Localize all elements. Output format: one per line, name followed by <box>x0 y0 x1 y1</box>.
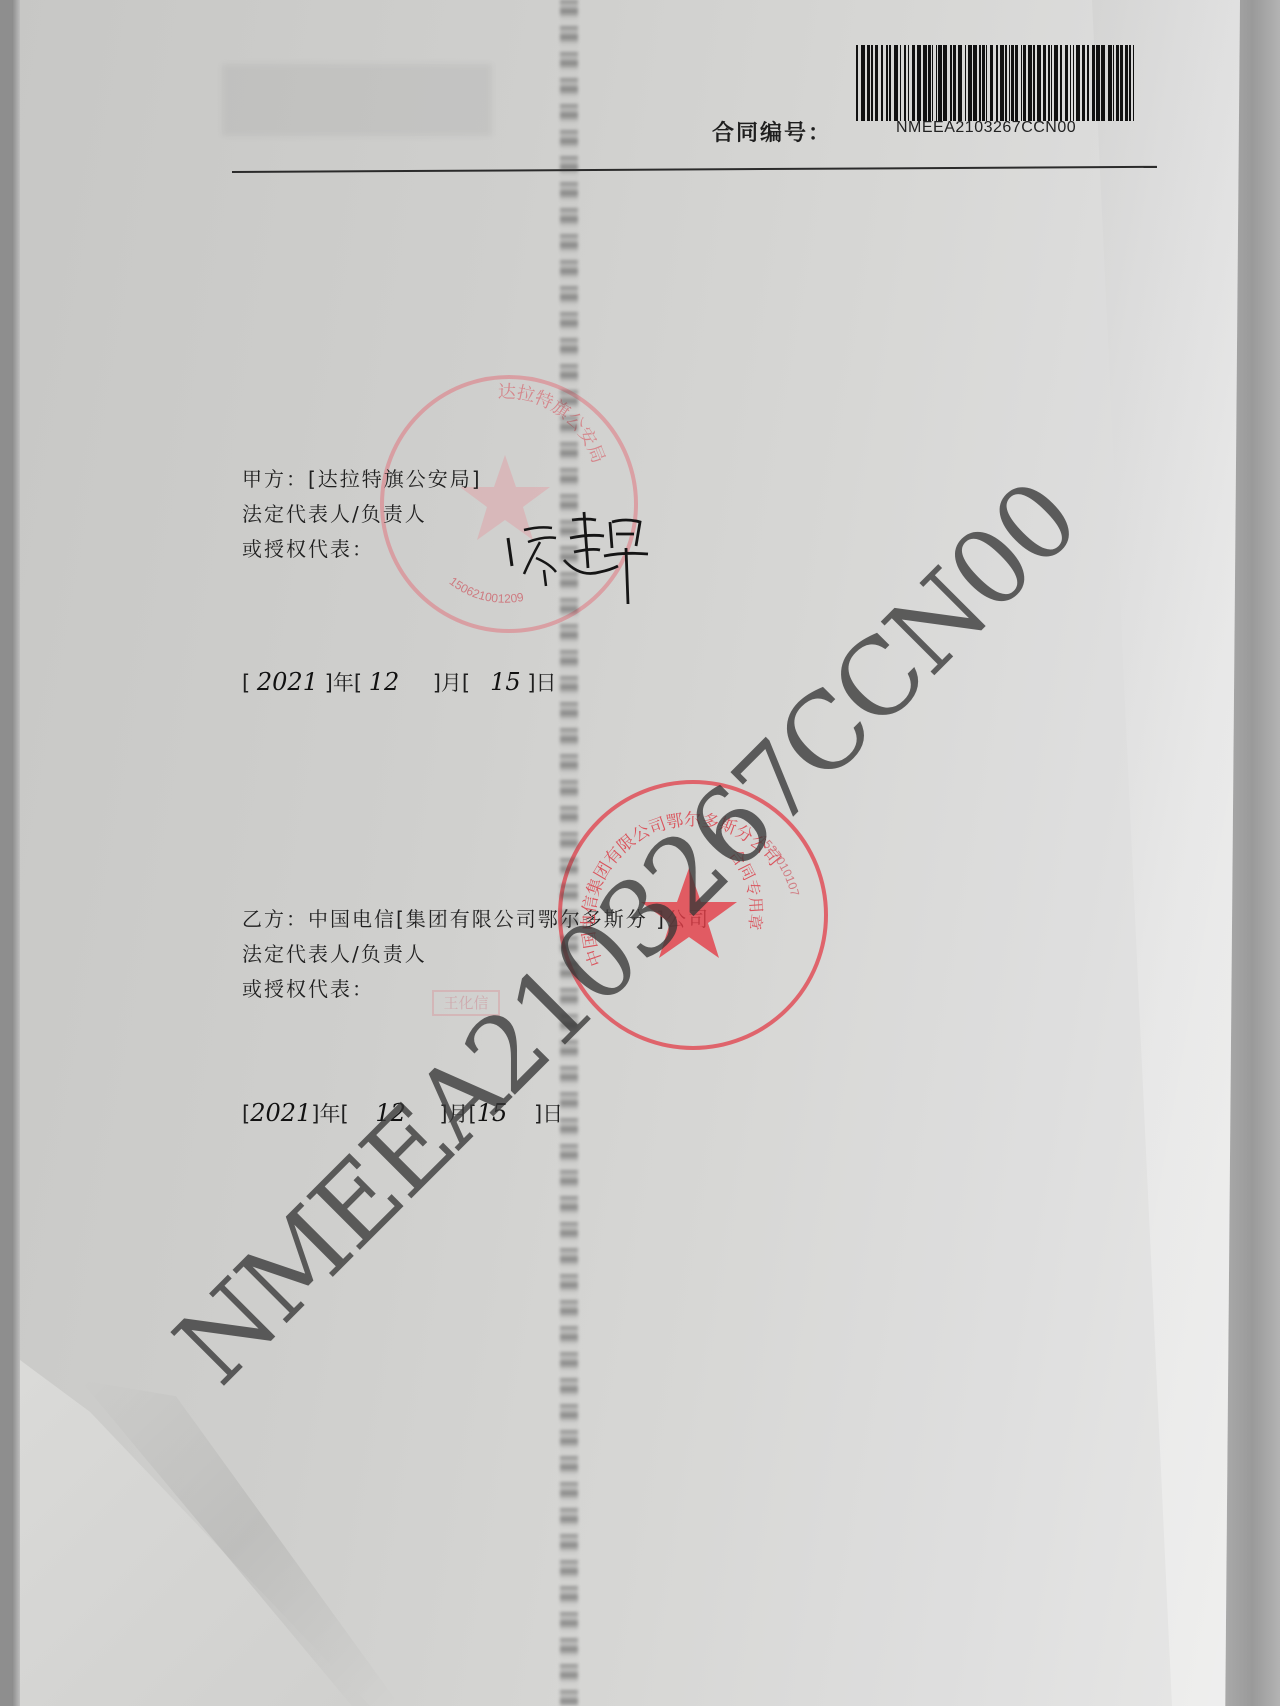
party-a-date-year: 2021 <box>257 668 318 696</box>
party-a-label: 甲方： <box>242 467 308 491</box>
party-a-rep-line2: 或授权代表： <box>242 532 482 567</box>
party-b-date-year: 2021 <box>250 1099 311 1127</box>
party-a-date-month: 12 <box>369 668 400 696</box>
barcode-number: NMEEA2103267CCN00 <box>896 119 1076 137</box>
svg-text:达拉特旗公安局: 达拉特旗公安局 <box>498 382 609 467</box>
barcode <box>856 45 1144 121</box>
binding-seam <box>560 0 578 1706</box>
party-a-name: [达拉特旗公安局] <box>308 467 482 491</box>
contract-number-label: 合同编号： <box>712 116 832 147</box>
party-a-row: 甲方：[达拉特旗公安局] <box>242 462 482 497</box>
party-b-label: 乙方： <box>242 907 308 931</box>
faded-print-area <box>222 64 492 136</box>
paper-shading <box>1052 0 1252 1706</box>
party-a-rep-line1: 法定代表人/负责人 <box>242 497 482 532</box>
party-a-date: [ 2021 ]年[ 12 ]月[ 15 ]日 <box>242 667 557 697</box>
party-a-date-day: 15 <box>490 668 521 696</box>
party-a-signature <box>500 508 660 608</box>
party-a-block: 甲方：[达拉特旗公安局] 法定代表人/负责人 或授权代表： <box>242 462 482 567</box>
